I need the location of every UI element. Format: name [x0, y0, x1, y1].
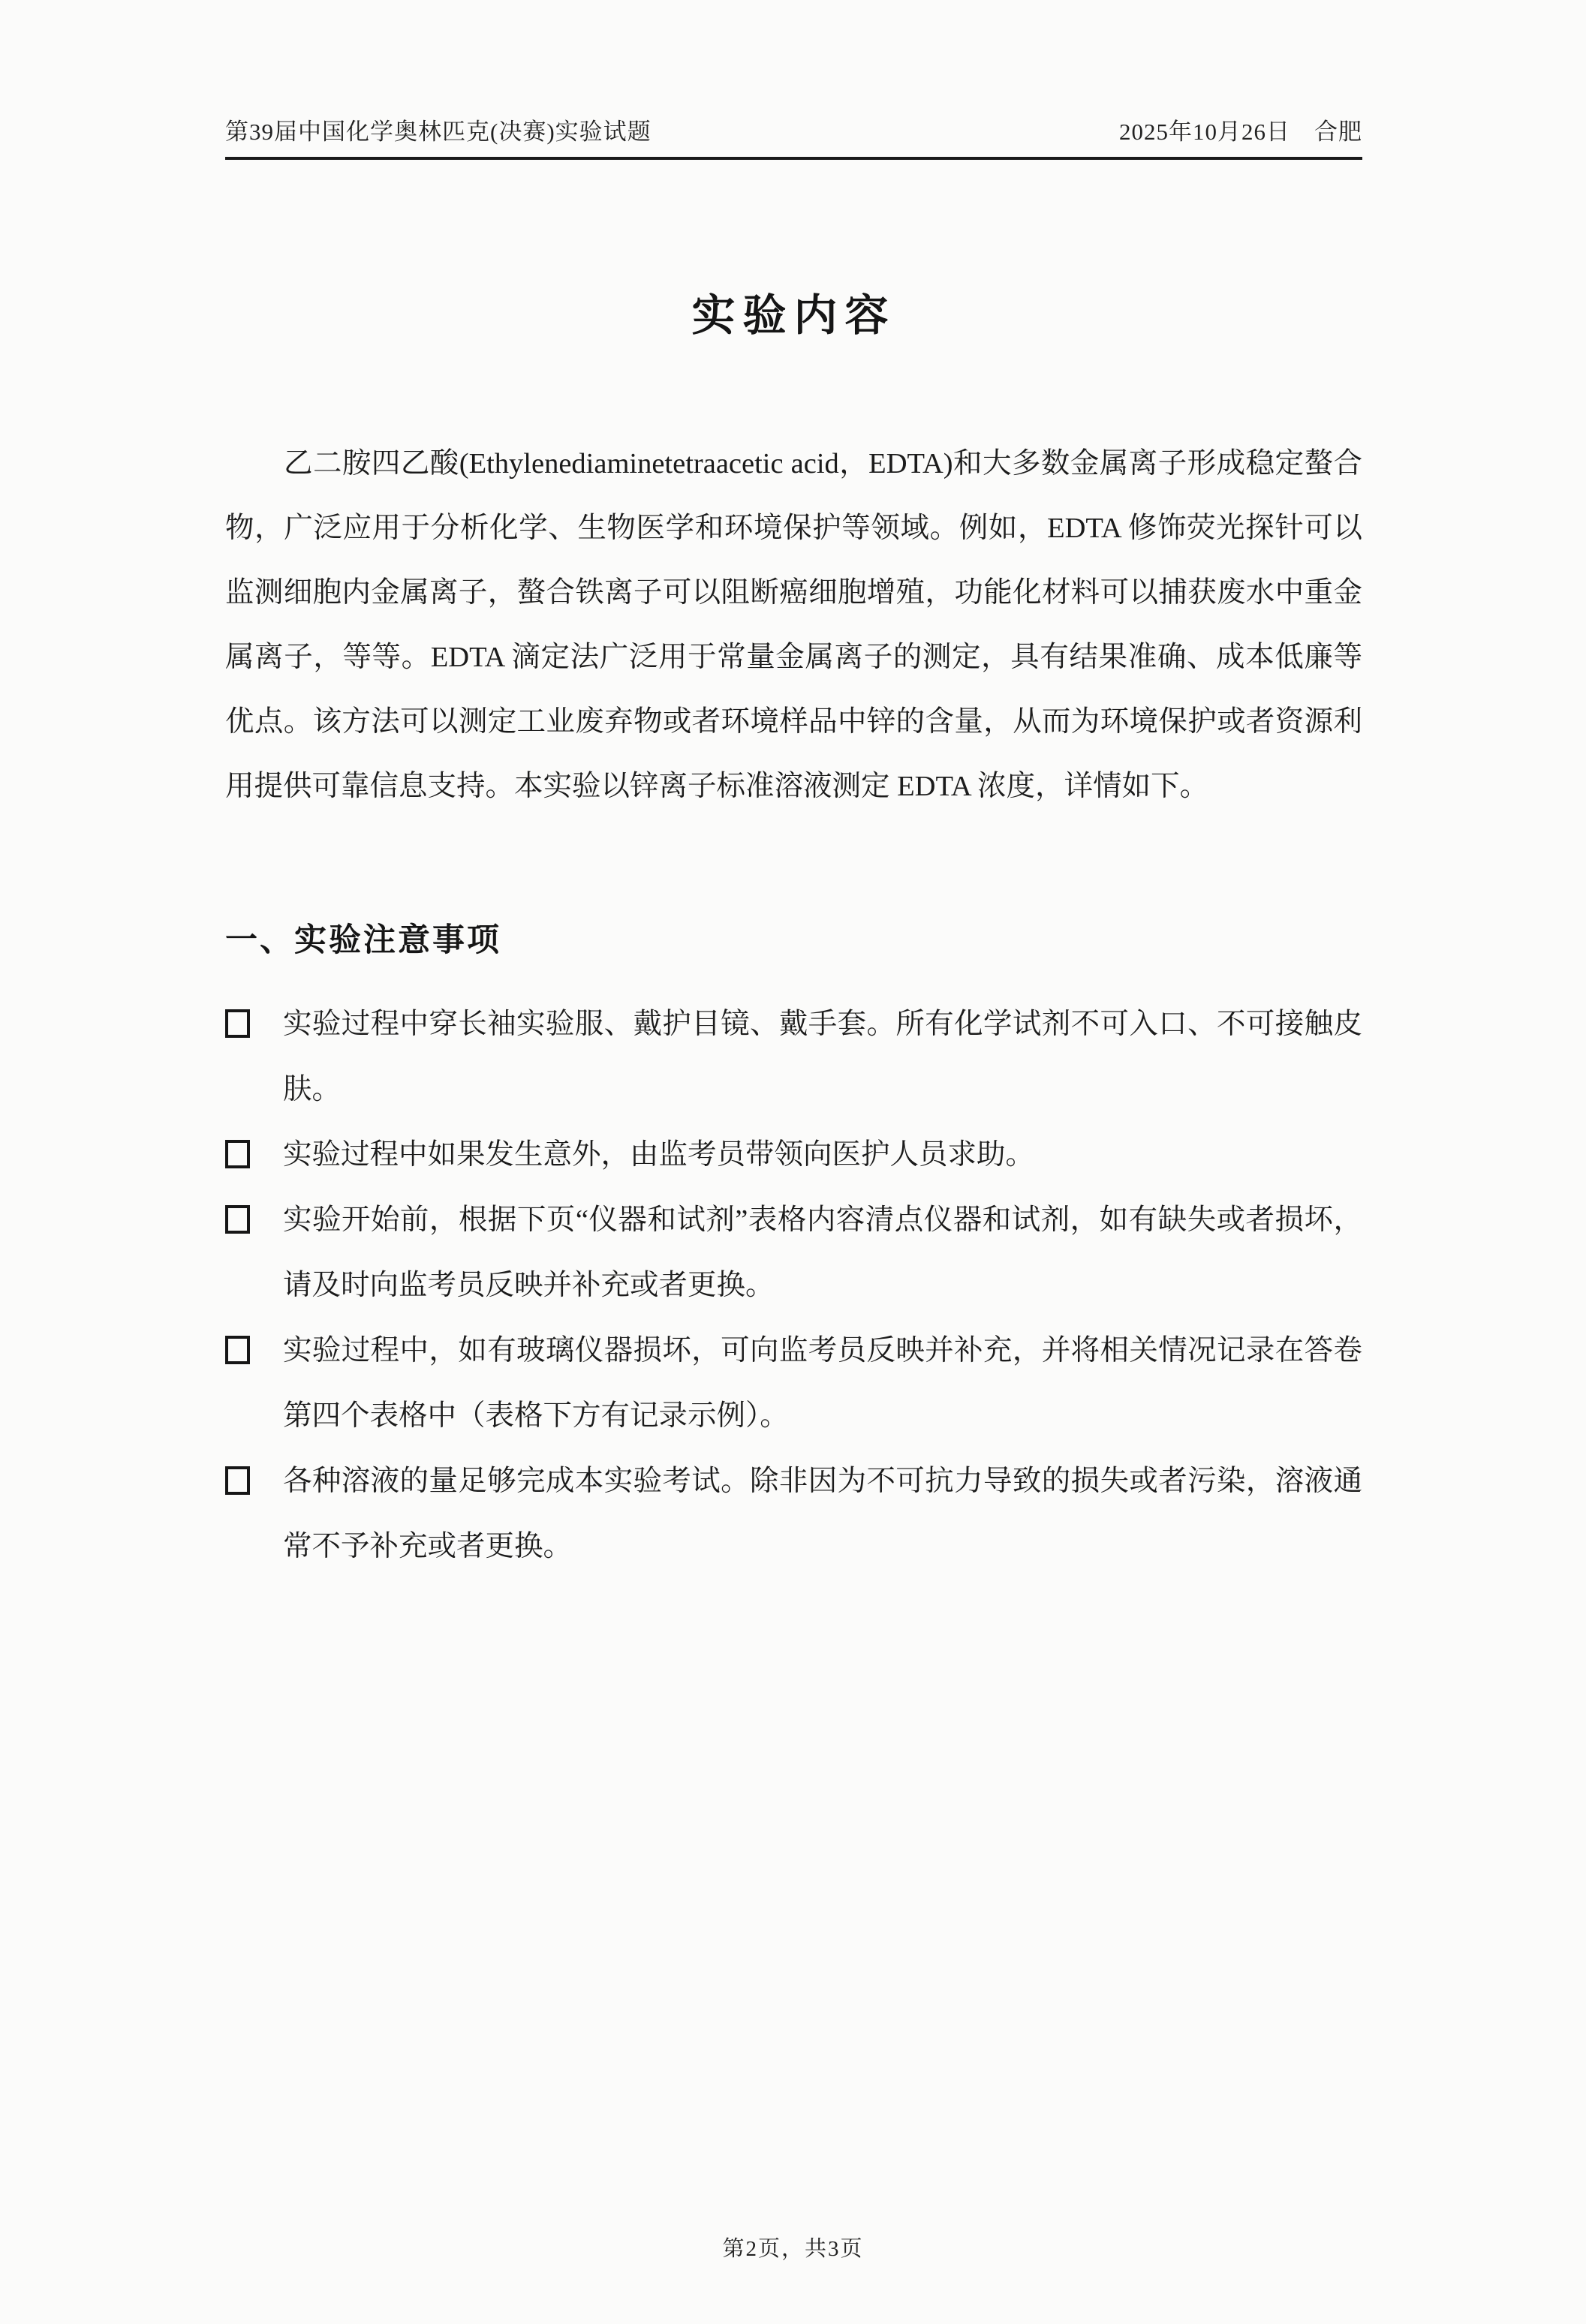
list-item-text: 各种溶液的量足够完成本实验考试。除非因为不可抗力导致的损失或者污染，溶液通常不予… [283, 1449, 1362, 1580]
list-item: 实验过程中如果发生意外，由监考员带领向医护人员求助。 [225, 1123, 1362, 1188]
page-header: 第39届中国化学奥林匹克(决赛)实验试题 2025年10月26日 合肥 [225, 113, 1362, 160]
header-exam-title: 第39届中国化学奥林匹克(决赛)实验试题 [225, 113, 652, 146]
checkbox-icon [225, 1205, 250, 1234]
list-item-text: 实验过程中，如有玻璃仪器损坏，可向监考员反映并补充，并将相关情况记录在答卷第四个… [283, 1318, 1362, 1449]
checkbox-icon [225, 1466, 250, 1495]
checkbox-icon [225, 1140, 250, 1168]
checkbox-icon [225, 1009, 250, 1038]
page-number: 第2页，共3页 [0, 2232, 1586, 2262]
page-title: 实验内容 [225, 280, 1362, 343]
list-item: 各种溶液的量足够完成本实验考试。除非因为不可抗力导致的损失或者污染，溶液通常不予… [225, 1449, 1362, 1580]
list-item: 实验过程中，如有玻璃仪器损坏，可向监考员反映并补充，并将相关情况记录在答卷第四个… [225, 1318, 1362, 1449]
header-date-location: 2025年10月26日 合肥 [1119, 113, 1362, 146]
list-item-text: 实验过程中如果发生意外，由监考员带领向医护人员求助。 [283, 1123, 1362, 1188]
notes-list: 实验过程中穿长袖实验服、戴护目镜、戴手套。所有化学试剂不可入口、不可接触皮肤。 … [225, 992, 1362, 1580]
list-item-text: 实验开始前，根据下页“仪器和试剂”表格内容清点仪器和试剂，如有缺失或者损坏，请及… [283, 1188, 1362, 1318]
list-item-text: 实验过程中穿长袖实验服、戴护目镜、戴手套。所有化学试剂不可入口、不可接触皮肤。 [283, 992, 1362, 1123]
section-heading-notes: 一、实验注意事项 [225, 915, 1362, 961]
intro-paragraph: 乙二胺四乙酸(Ethylenediaminetetraacetic acid，E… [225, 431, 1362, 819]
list-item: 实验过程中穿长袖实验服、戴护目镜、戴手套。所有化学试剂不可入口、不可接触皮肤。 [225, 992, 1362, 1123]
scanned-exam-page: 第39届中国化学奥林匹克(决赛)实验试题 2025年10月26日 合肥 实验内容… [0, 0, 1586, 2324]
checkbox-icon [225, 1336, 250, 1364]
list-item: 实验开始前，根据下页“仪器和试剂”表格内容清点仪器和试剂，如有缺失或者损坏，请及… [225, 1188, 1362, 1318]
